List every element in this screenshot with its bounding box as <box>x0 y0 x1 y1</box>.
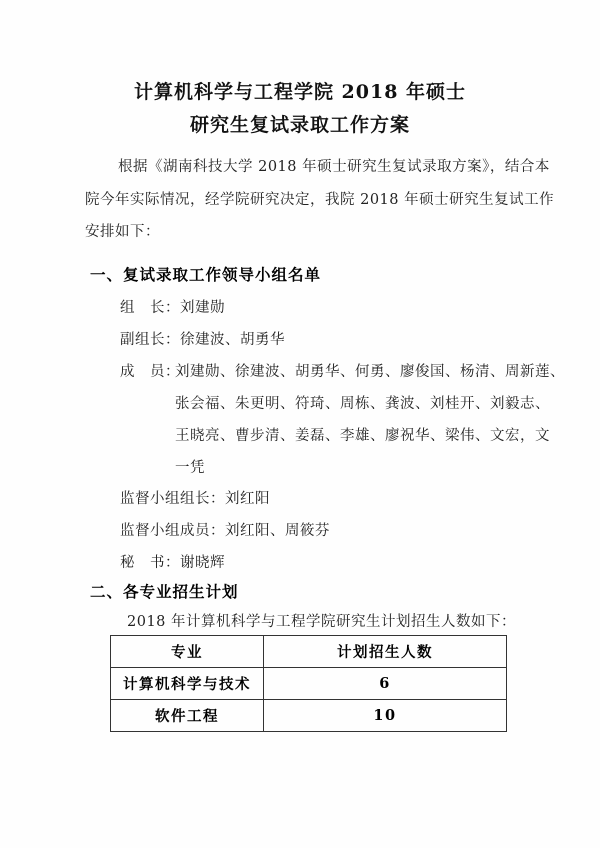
intro-line-2: 院今年实际情况，经学院研究决定，我院 2018 年硕士研究生复试工作 <box>85 188 554 209</box>
cell-major: 计算机科学与技术 <box>111 668 264 700</box>
group-leader: 组 长：刘建勋 <box>120 296 225 317</box>
table-header-row: 专业 计划招生人数 <box>111 636 507 668</box>
members-line-3: 王晓亮、曹步清、姜磊、李雄、廖祝华、梁伟、文宏，文 <box>175 424 550 445</box>
deputy-leader: 副组长：徐建波、胡勇华 <box>120 328 285 349</box>
members-line-4: 一凭 <box>175 456 205 477</box>
document-title-line-1: 计算机科学与工程学院 2018 年硕士 <box>0 77 600 104</box>
cell-major: 软件工程 <box>111 700 264 732</box>
document-title-line-2: 研究生复试录取工作方案 <box>0 110 600 137</box>
supervision-leader: 监督小组组长：刘红阳 <box>120 487 270 508</box>
cell-planned-count: 6 <box>264 668 507 700</box>
section-2-heading: 二、各专业招生计划 <box>90 580 239 602</box>
members-label: 成 员： <box>120 360 180 381</box>
members-line-2: 张会福、朱更明、符琦、周栋、龚波、刘桂开、刘毅志、 <box>175 392 550 413</box>
members-line-1: 刘建勋、徐建波、胡勇华、何勇、廖俊国、杨清、周新莲、 <box>175 360 565 381</box>
cell-planned-count: 10 <box>264 700 507 732</box>
intro-line-1: 根据《湖南科技大学 2018 年硕士研究生复试录取方案》，结合本 <box>118 155 550 176</box>
table-row: 软件工程 10 <box>111 700 507 732</box>
secretary: 秘 书：谢晓辉 <box>120 551 225 572</box>
header-planned-count: 计划招生人数 <box>264 636 507 668</box>
intro-line-3: 安排如下： <box>85 220 160 241</box>
table-row: 计算机科学与技术 6 <box>111 668 507 700</box>
enrollment-intro: 2018 年计算机科学与工程学院研究生计划招生人数如下： <box>127 610 516 631</box>
enrollment-plan-table: 专业 计划招生人数 计算机科学与技术 6 软件工程 10 <box>110 635 507 732</box>
header-major: 专业 <box>111 636 264 668</box>
section-1-heading: 一、复试录取工作领导小组名单 <box>90 263 321 285</box>
supervision-members: 监督小组成员：刘红阳、周筱芬 <box>120 519 330 540</box>
